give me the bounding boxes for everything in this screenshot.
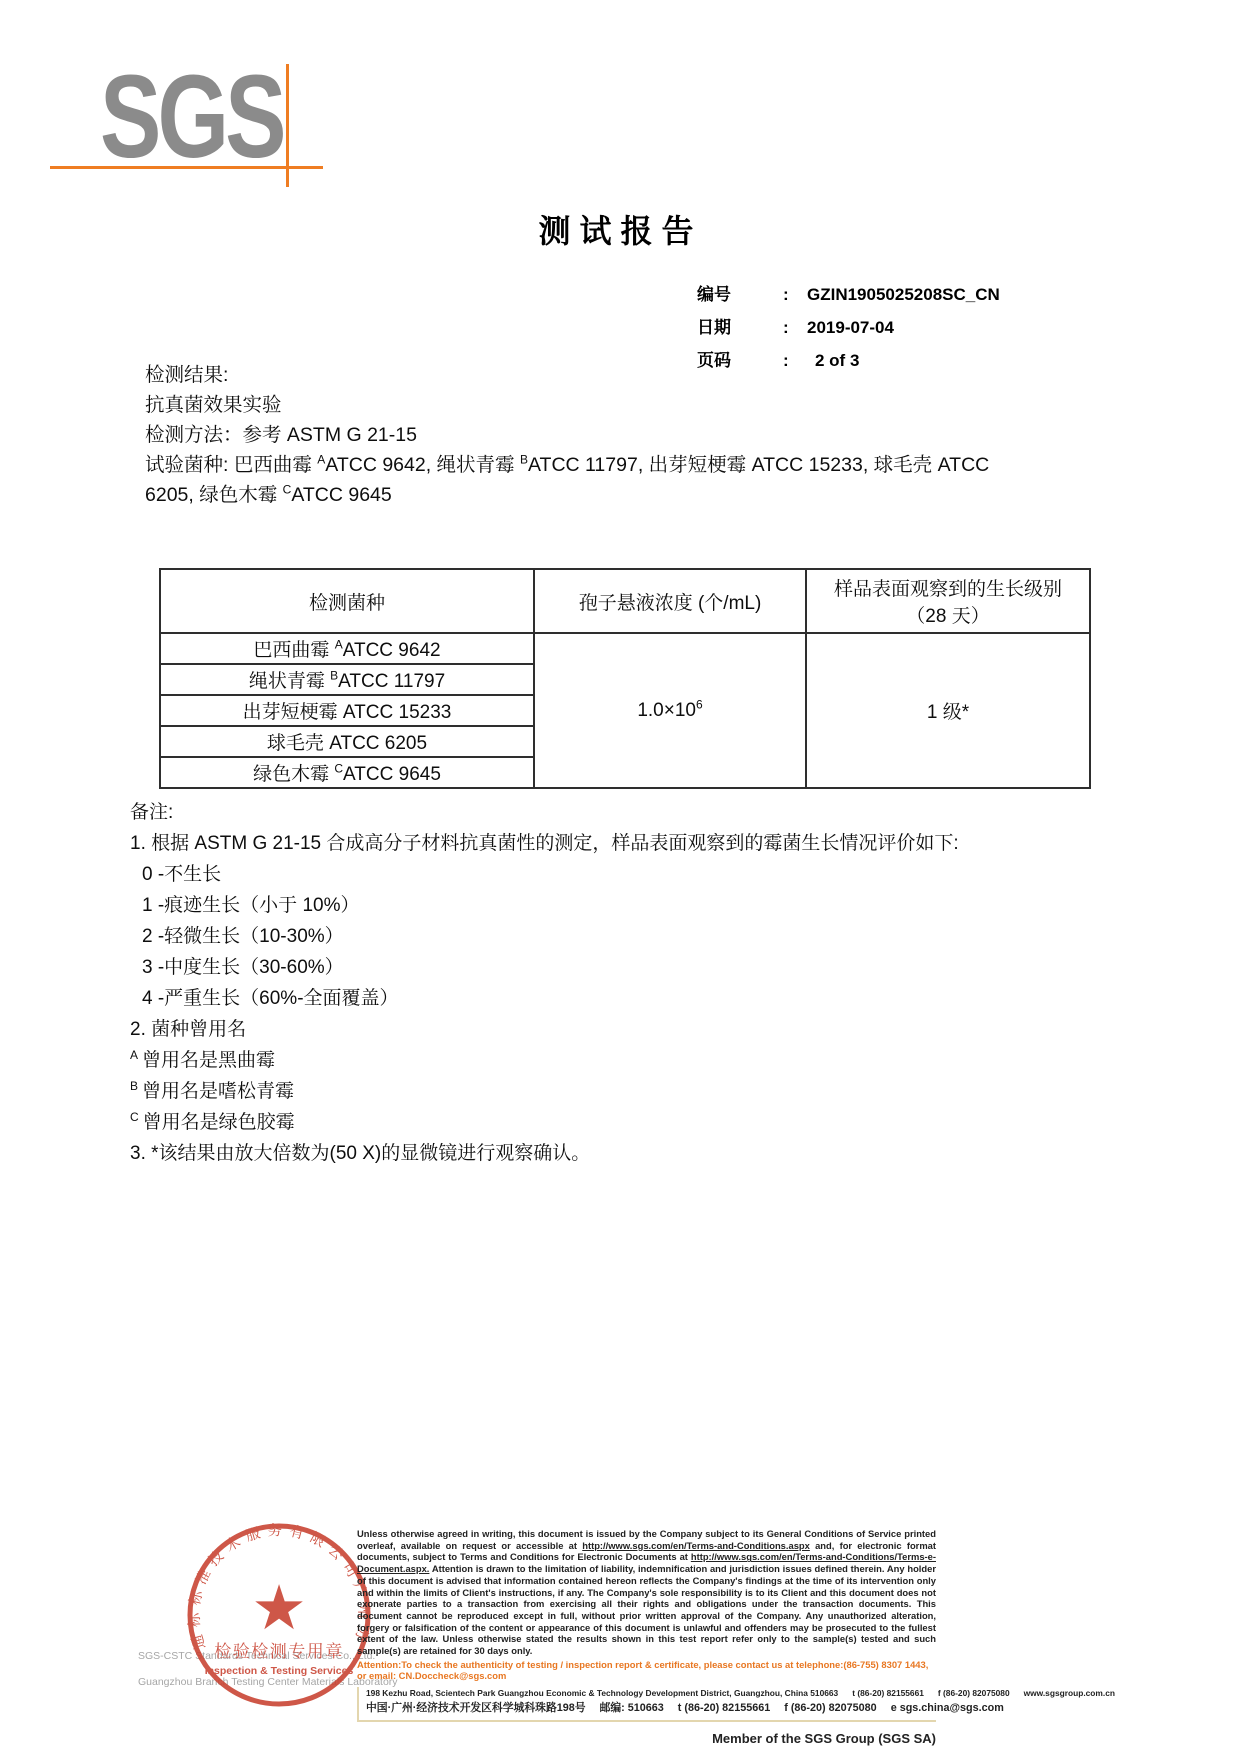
note-item: 0 -不生长 <box>130 859 1130 890</box>
stamp-line1: 检验检测专用章 <box>214 1641 344 1661</box>
date-label: 日期 <box>697 313 783 338</box>
sgs-logo: SGS <box>100 58 283 176</box>
address-cn-zip: 邮编: 510663 <box>600 1700 664 1715</box>
notes-section: 备注: 1. 根据 ASTM G 21-15 合成高分子材料抗真菌性的测定，样品… <box>130 797 1130 1169</box>
report-date-value: 2019-07-04 <box>807 318 894 338</box>
header-species: 检测菌种 <box>160 569 534 633</box>
address-en-fax: f (86-20) 82075080 <box>938 1688 1010 1698</box>
species-sup: C <box>334 762 343 776</box>
note-item: 1 -痕迹生长（小于 10%） <box>130 890 1130 921</box>
results-section: 检测结果: 抗真菌效果实验 检测方法：参考 ASTM G 21-15 试验菌种:… <box>145 360 1125 510</box>
address-cn-fax: f (86-20) 82075080 <box>784 1702 876 1714</box>
number-colon: : <box>783 285 807 305</box>
species-superscript-c: C <box>283 483 292 497</box>
test-species-line1: 试验菌种: 巴西曲霉 AATCC 9642, 绳状青霉 BATCC 11797,… <box>145 450 1125 480</box>
address-row-cn: 中国·广州·经济技术开发区科学城科珠路198号 邮编: 510663 t (86… <box>366 1700 936 1715</box>
header-growth-level-line1: 样品表面观察到的生长级别 <box>807 574 1089 601</box>
header-concentration: 孢子悬液浓度 (个/mL) <box>534 569 806 633</box>
species-text: ATCC 9642, 绳状青霉 <box>325 454 520 476</box>
note-text: 曾用名是嗜松青霉 <box>142 1081 294 1102</box>
header-growth-level: 样品表面观察到的生长级别 （28 天） <box>806 569 1090 633</box>
date-colon: : <box>783 318 807 338</box>
note-item: 3 -中度生长（30-60%） <box>130 952 1130 983</box>
notes-heading: 备注: <box>130 797 1130 828</box>
logo-crosshair-vertical <box>286 64 289 187</box>
note-item: B曾用名是嗜松青霉 <box>130 1076 1130 1107</box>
meta-row-date: 日期:2019-07-04 <box>697 313 894 339</box>
number-label: 编号 <box>697 280 783 305</box>
stamp-line2: Inspection & Testing Services <box>205 1665 354 1677</box>
address-en: 198 Kezhu Road, Scientech Park Guangzhou… <box>366 1688 838 1698</box>
address-cn-tel: t (86-20) 82155661 <box>678 1702 770 1714</box>
species-cell: 球毛壳 ATCC 6205 <box>160 726 534 757</box>
species-text: ATCC 9645 <box>291 484 391 506</box>
experiment-name: 抗真菌效果实验 <box>145 390 1125 420</box>
species-sup: B <box>330 669 338 683</box>
note-sup-a: A <box>130 1048 138 1062</box>
test-species-line2: 6205, 绿色木霉 CATCC 9645 <box>145 480 1125 510</box>
species-text: 试验菌种: 巴西曲霉 <box>145 454 317 476</box>
footer-legal-block: Unless otherwise agreed in writing, this… <box>357 1528 936 1746</box>
note-item: 2 -轻微生长（10-30%） <box>130 921 1130 952</box>
meta-row-number: 编号:GZIN1905025208SC_CN <box>697 280 1000 306</box>
note-item: 3. *该结果由放大倍数为(50 X)的显微镜进行观察确认。 <box>130 1138 1130 1169</box>
inspection-stamp: 通标标准技术服务有限公司广州分公司 ★ 检验检测专用章 Inspection &… <box>180 1517 378 1713</box>
note-item: C曾用名是绿色胶霉 <box>130 1107 1130 1138</box>
report-title: 测试报告 <box>0 206 1241 252</box>
species-text: 6205, 绿色木霉 <box>145 484 283 506</box>
species-cell: 出芽短梗霉 ATCC 15233 <box>160 695 534 726</box>
address-block: 198 Kezhu Road, Scientech Park Guangzhou… <box>357 1687 936 1722</box>
concentration-exponent: 6 <box>696 697 703 711</box>
note-item: 2. 菌种曾用名 <box>130 1014 1130 1045</box>
logo-crosshair-horizontal <box>50 166 323 169</box>
species-name: 巴西曲霉 <box>253 640 334 661</box>
species-name: 球毛壳 ATCC 6205 <box>267 733 427 754</box>
table-header-row: 检测菌种 孢子悬液浓度 (个/mL) 样品表面观察到的生长级别 （28 天） <box>160 569 1090 633</box>
note-item: A曾用名是黑曲霉 <box>130 1045 1130 1076</box>
species-cell: 绿色木霉 CATCC 9645 <box>160 757 534 788</box>
species-name: 绳状青霉 <box>249 671 330 692</box>
note-sup-c: C <box>130 1110 139 1124</box>
species-cell: 绳状青霉 BATCC 11797 <box>160 664 534 695</box>
website-url: www.sgsgroup.com.cn <box>1024 1688 1115 1698</box>
concentration-value: 1.0×10 <box>637 700 696 721</box>
results-heading: 检测结果: <box>145 360 1125 390</box>
species-name: 绿色木霉 <box>253 764 334 785</box>
species-atcc: ATCC 9645 <box>343 764 441 785</box>
results-table: 检测菌种 孢子悬液浓度 (个/mL) 样品表面观察到的生长级别 （28 天） 巴… <box>159 568 1091 789</box>
growth-level-cell: 1 级* <box>806 633 1090 788</box>
note-item: 1. 根据 ASTM G 21-15 合成高分子材料抗真菌性的测定，样品表面观察… <box>130 828 1130 859</box>
note-text: 曾用名是黑曲霉 <box>142 1050 275 1071</box>
address-row-en: 198 Kezhu Road, Scientech Park Guangzhou… <box>366 1688 936 1698</box>
header-growth-level-line2: （28 天） <box>807 601 1089 628</box>
species-sup: A <box>335 638 343 652</box>
address-en-tel: t (86-20) 82155661 <box>852 1688 924 1698</box>
report-number-value: GZIN1905025208SC_CN <box>807 285 1000 305</box>
species-name: 出芽短梗霉 ATCC 15233 <box>243 702 452 723</box>
terms-url: http://www.sgs.com/en/Terms-and-Conditio… <box>582 1540 810 1551</box>
note-item: 4 -严重生长（60%-全面覆盖） <box>130 983 1130 1014</box>
table-row: 巴西曲霉 AATCC 9642 1.0×106 1 级* <box>160 633 1090 664</box>
stamp-star-icon: ★ <box>251 1574 307 1643</box>
species-cell: 巴西曲霉 AATCC 9642 <box>160 633 534 664</box>
address-cn: 中国·广州·经济技术开发区科学城科珠路198号 <box>366 1700 586 1715</box>
species-superscript-b: B <box>520 453 528 467</box>
legal-text: Unless otherwise agreed in writing, this… <box>357 1528 936 1657</box>
attention-notice: Attention:To check the authenticity of t… <box>357 1659 936 1682</box>
test-method: 检测方法：参考 ASTM G 21-15 <box>145 420 1125 450</box>
email-address: e sgs.china@sgs.com <box>891 1702 1004 1714</box>
note-text: 曾用名是绿色胶霉 <box>143 1112 295 1133</box>
legal-segment: Attention is drawn to the limitation of … <box>357 1563 936 1656</box>
species-text: ATCC 11797, 出芽短梗霉 ATCC 15233, 球毛壳 ATCC <box>528 454 989 476</box>
species-atcc: ATCC 11797 <box>338 671 445 692</box>
note-sup-b: B <box>130 1079 138 1093</box>
concentration-cell: 1.0×106 <box>534 633 806 788</box>
sgs-group-member-line: Member of the SGS Group (SGS SA) <box>357 1731 936 1746</box>
species-atcc: ATCC 9642 <box>343 640 441 661</box>
report-page: SGS 测试报告 编号:GZIN1905025208SC_CN 日期:2019-… <box>0 0 1241 1755</box>
